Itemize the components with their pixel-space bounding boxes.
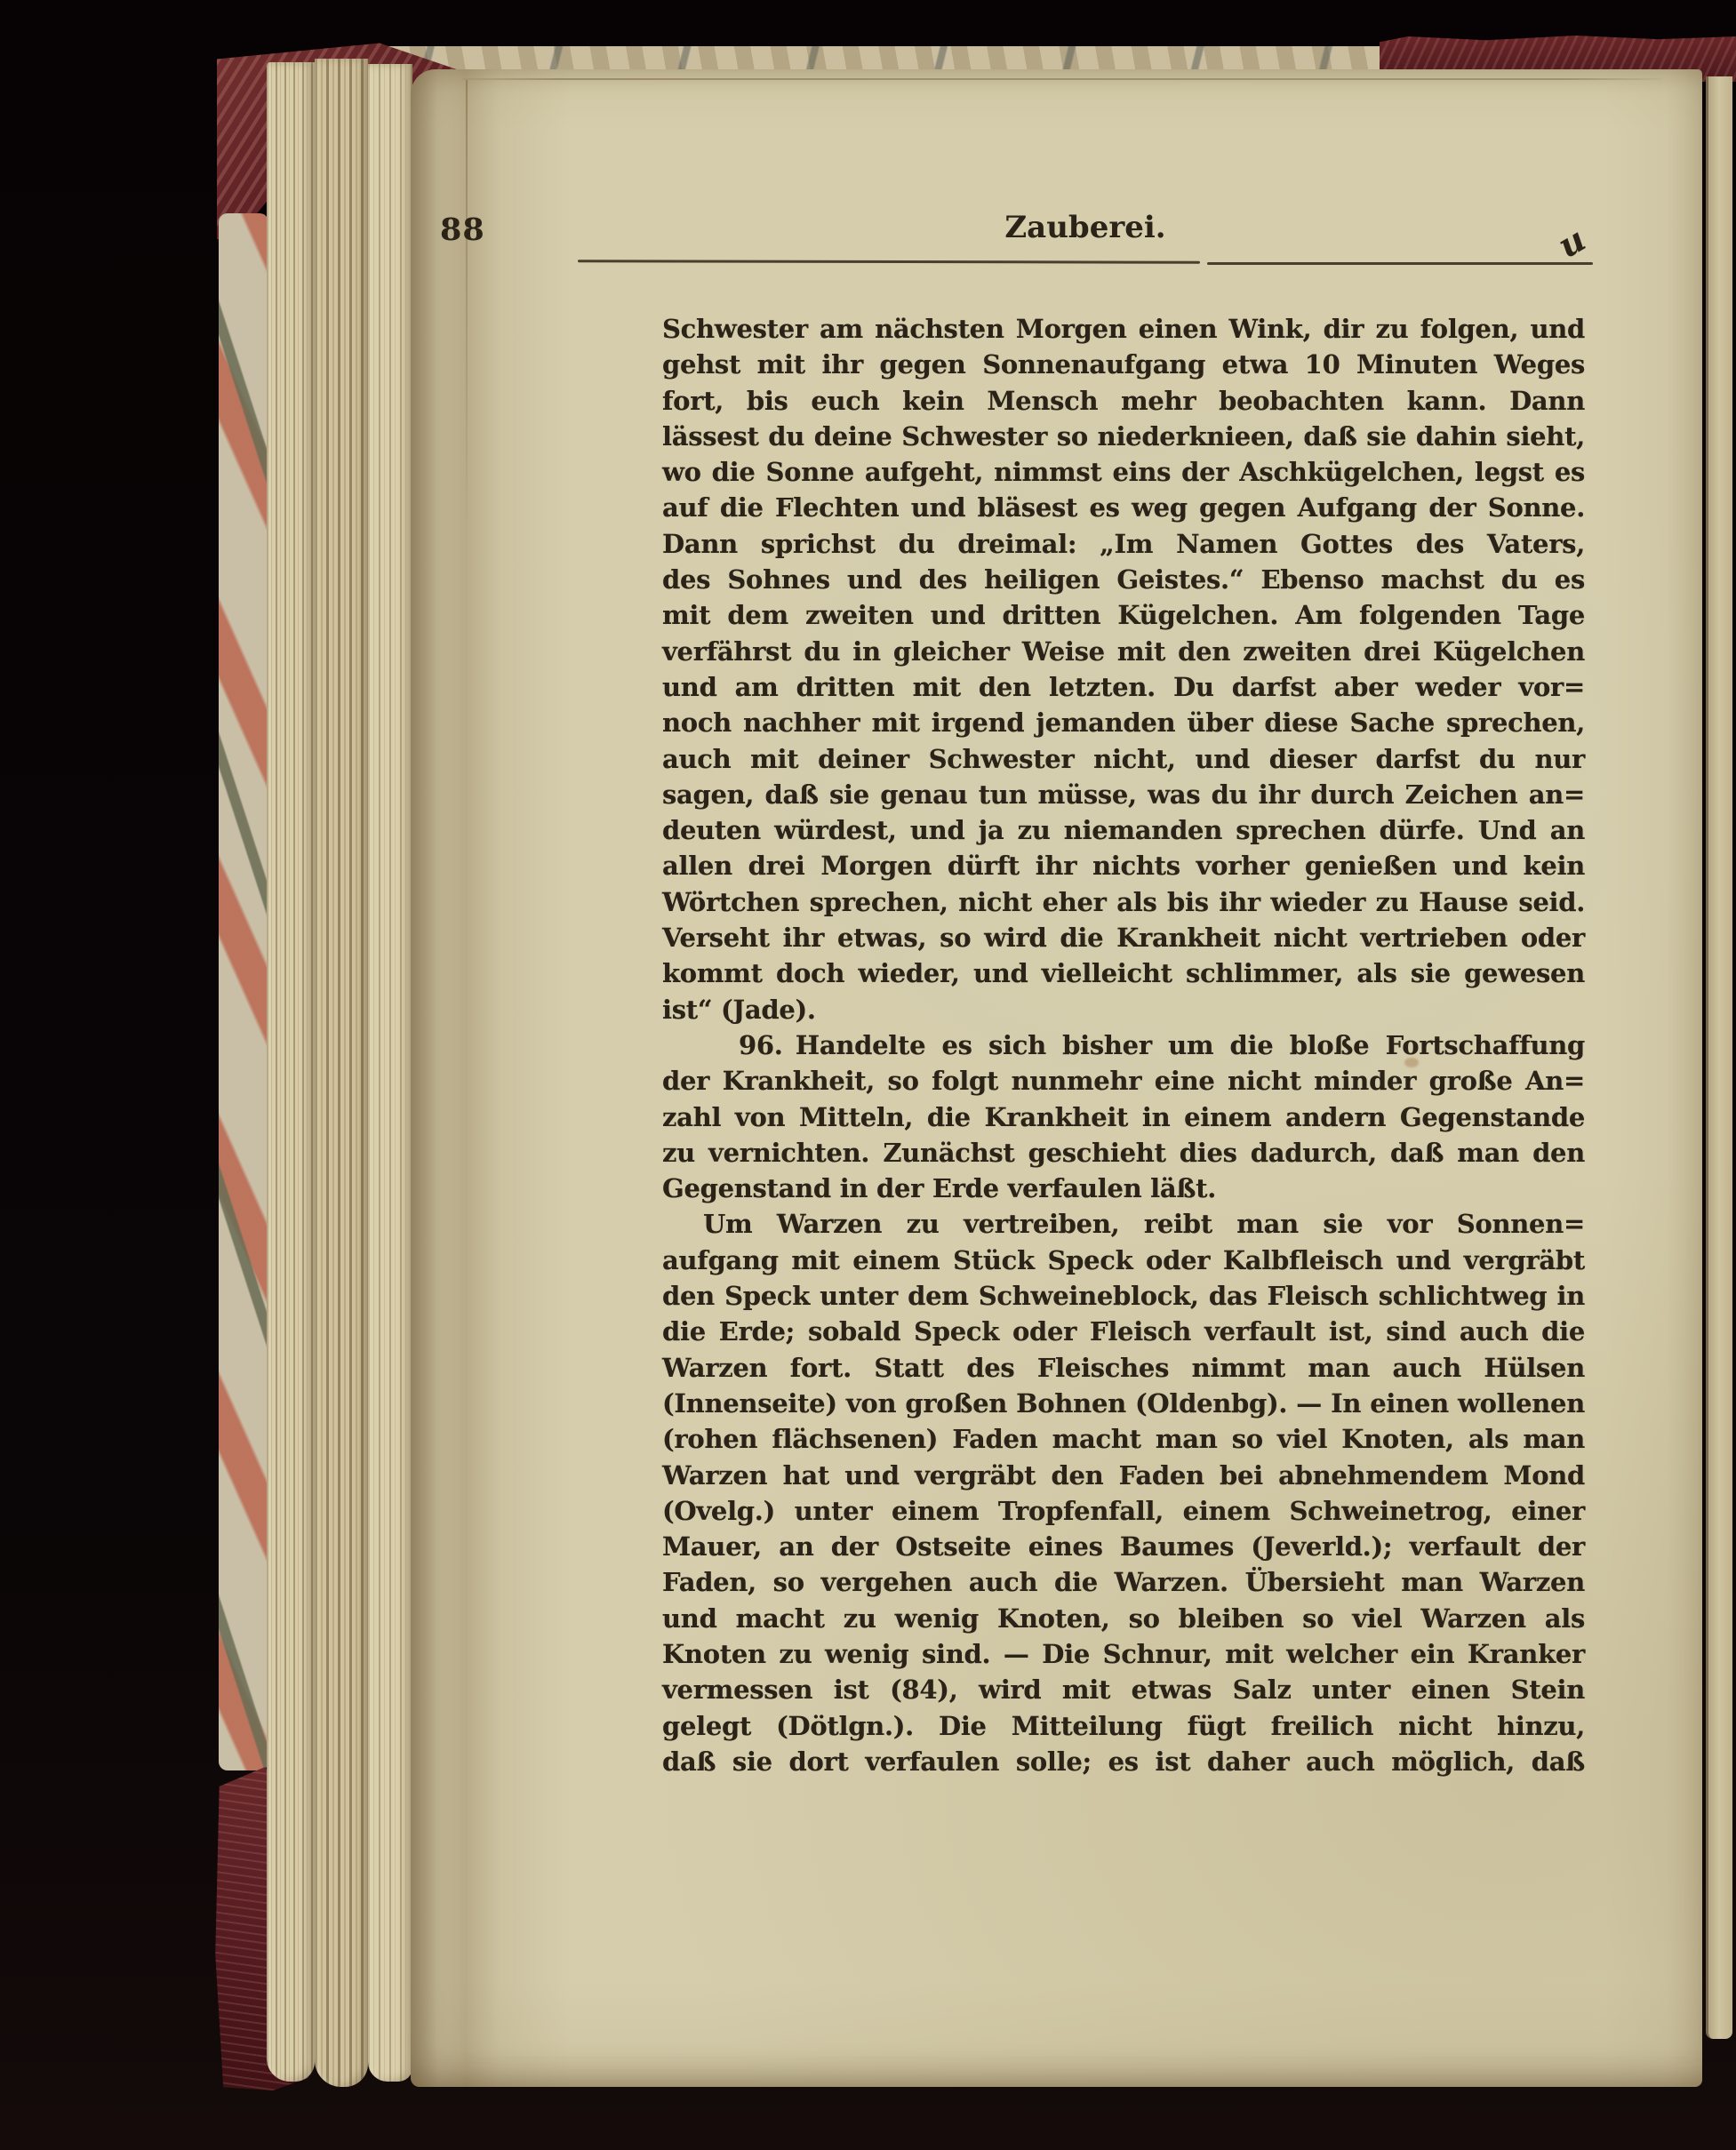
- marbled-board-edge: [219, 213, 268, 1770]
- header-rule-left: [578, 260, 1200, 263]
- text-line: mit dem zweiten und dritten Kügelchen. A…: [662, 597, 1585, 633]
- text-line: Faden, so vergehen auch die Warzen. Über…: [662, 1564, 1585, 1600]
- facing-page-edge: [1706, 76, 1732, 2039]
- text-line: auf die Flechten und bläsest es weg gege…: [662, 490, 1585, 525]
- page-number: 88: [440, 212, 485, 248]
- text-line: und macht zu wenig Knoten, so bleiben so…: [662, 1601, 1585, 1636]
- text-line: des Sohnes und des heiligen Geistes.“ Eb…: [662, 562, 1585, 597]
- text-line: deuten würdest, und ja zu niemanden spre…: [662, 812, 1585, 848]
- text-line: Warzen hat und vergräbt den Faden bei ab…: [662, 1458, 1585, 1493]
- text-line: gehst mit ihr gegen Sonnenaufgang etwa 1…: [662, 347, 1585, 382]
- text-line: Schwester am nächsten Morgen einen Wink,…: [662, 311, 1585, 347]
- text-line: aufgang mit einem Stück Speck oder Kalbf…: [662, 1243, 1585, 1278]
- text-line: noch nachher mit irgend jemanden über di…: [662, 705, 1585, 740]
- page-edges-stack-inner: [368, 64, 412, 2082]
- text-line: Verseht ihr etwas, so wird die Krankheit…: [662, 920, 1585, 955]
- text-line: Mauer, an der Ostseite eines Baumes (Jev…: [662, 1529, 1585, 1564]
- text-line: die Erde; sobald Speck oder Fleisch verf…: [662, 1314, 1585, 1349]
- book-page: 88 Zauberei. u Schwester am nächsten Mor…: [411, 69, 1702, 2087]
- text-line: allen drei Morgen dürft ihr nichts vorhe…: [662, 848, 1585, 883]
- text-line: sagen, daß sie genau tun müsse, was du i…: [662, 777, 1585, 812]
- text-line: zahl von Mitteln, die Krankheit in einem…: [662, 1099, 1585, 1135]
- text-line: auch mit deiner Schwester nicht, und die…: [662, 741, 1585, 777]
- text-line: gelegt (Dötlgn.). Die Mitteilung fügt fr…: [662, 1708, 1585, 1744]
- text-line: Dann sprichst du dreimal: „Im Namen Gott…: [662, 526, 1585, 562]
- text-line: und am dritten mit den letzten. Du darfs…: [662, 669, 1585, 705]
- text-line: wo die Sonne aufgeht, nimmst eins der As…: [662, 454, 1585, 490]
- running-header: Zauberei.: [578, 210, 1593, 245]
- text-line: kommt doch wieder, und vielleicht schlim…: [662, 955, 1585, 991]
- text-line: den Speck unter dem Schweineblock, das F…: [662, 1278, 1585, 1314]
- text-line: Um Warzen zu vertreiben, reibt man sie v…: [662, 1206, 1585, 1242]
- page-edges-stack-outer: [267, 62, 315, 2082]
- text-line: fort, bis euch kein Mensch mehr beobacht…: [662, 383, 1585, 419]
- text-line: Knoten zu wenig sind. — Die Schnur, mit …: [662, 1636, 1585, 1672]
- text-line: der Krankheit, so folgt nunmehr eine nic…: [662, 1063, 1585, 1099]
- text-line: 96. Handelte es sich bisher um die bloße…: [662, 1027, 1585, 1063]
- page-edges-stack-middle: [315, 59, 368, 2087]
- text-line: daß sie dort verfaulen solle; es ist dah…: [662, 1744, 1585, 1779]
- text-line: lässest du deine Schwester so niederknie…: [662, 419, 1585, 454]
- under-page-top-edge-line: [462, 78, 1662, 80]
- text-line: (Innenseite) von großen Bohnen (Oldenbg)…: [662, 1386, 1585, 1421]
- text-block: Schwester am nächsten Morgen einen Wink,…: [662, 311, 1585, 1779]
- text-line: (Ovelg.) unter einem Tropfenfall, einem …: [662, 1493, 1585, 1529]
- under-page-left-edge-line: [466, 80, 468, 542]
- text-line: ist“ (Jade).: [662, 992, 1585, 1027]
- text-line: Warzen fort. Statt des Fleisches nimmt m…: [662, 1350, 1585, 1386]
- scanned-book-photo: 88 Zauberei. u Schwester am nächsten Mor…: [0, 0, 1736, 2150]
- header-rule-right: [1207, 262, 1593, 265]
- text-line: vermessen ist (84), wird mit etwas Salz …: [662, 1672, 1585, 1707]
- text-line: Wörtchen sprechen, nicht eher als bis ih…: [662, 884, 1585, 920]
- text-line: (rohen flächsenen) Faden macht man so vi…: [662, 1421, 1585, 1457]
- text-line: zu vernichten. Zunächst geschieht dies d…: [662, 1135, 1585, 1171]
- text-line: verfährst du in gleicher Weise mit den z…: [662, 634, 1585, 669]
- text-line: Gegenstand in der Erde verfaulen läßt.: [662, 1171, 1585, 1206]
